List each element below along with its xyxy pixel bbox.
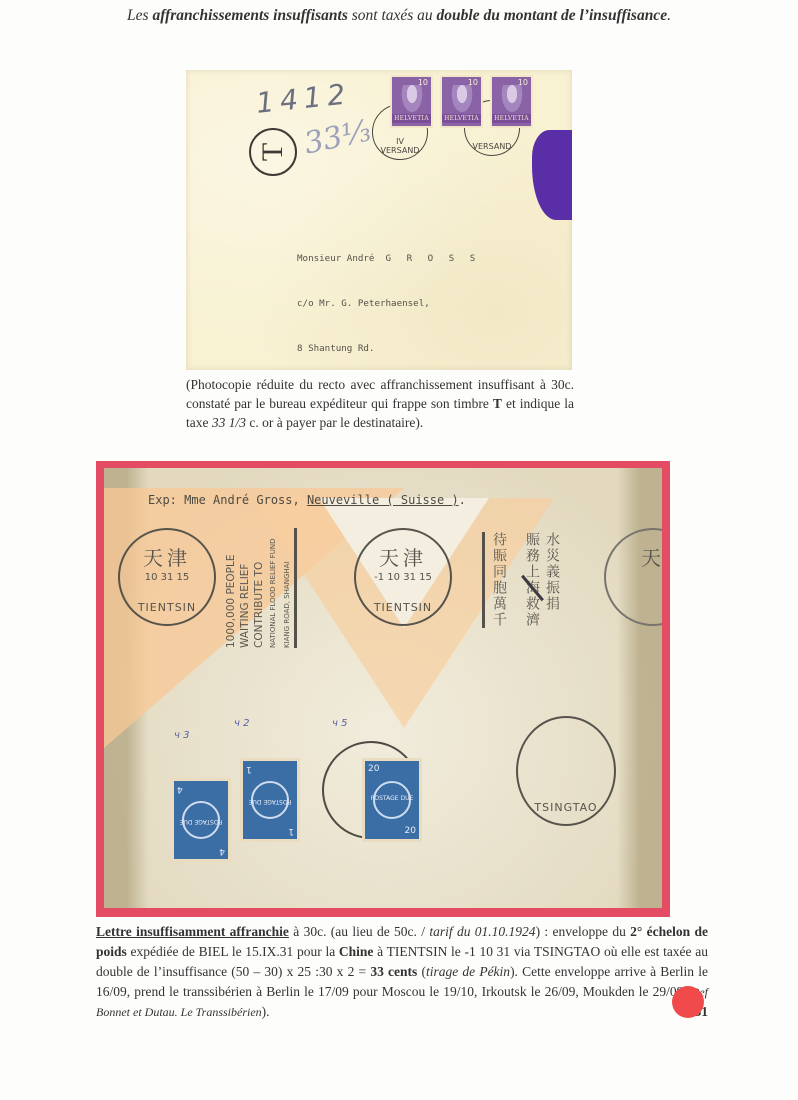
william-tell-portrait-icon: [500, 85, 524, 115]
handwritten-number: 1412: [255, 77, 353, 120]
swiss-stamp: 10 HELVETIA: [390, 75, 433, 128]
caption-bold: T: [493, 396, 502, 411]
caption-text: (: [417, 964, 426, 979]
sender-text: Exp: Mme André Gross,: [148, 493, 307, 507]
caption-italic: tirage de Pékin: [426, 964, 510, 979]
caption-text: ) : enveloppe du: [536, 924, 631, 939]
address-line: c/o Mr. G. Peterhaensel,: [297, 296, 480, 311]
front-caption: (Photocopie réduite du recto avec affran…: [186, 375, 574, 432]
stamp-country: HELVETIA: [492, 114, 531, 123]
postmark-line: IV: [373, 137, 427, 146]
caption-text: c. or à payer par le destinataire).: [246, 415, 423, 430]
slogan-line: WAITING RELIEF: [239, 564, 251, 648]
ink-stain: [532, 130, 572, 220]
title-text: .: [667, 7, 671, 24]
william-tell-portrait-icon: [450, 85, 474, 115]
postmark-tsingtao: TSINGTAO: [516, 716, 616, 826]
stamp-country: HELVETIA: [392, 114, 431, 123]
stamp-label: POSTAGE DUE: [243, 798, 297, 805]
tax-handstamp-t: T: [249, 128, 297, 176]
swiss-stamp: 10 HELVETIA: [490, 75, 533, 128]
postmark-partial: 天: [604, 528, 662, 626]
stamp-value: 4: [219, 846, 225, 856]
caption-bold: Chine: [339, 944, 374, 959]
pencil-note: ч 3: [174, 730, 189, 741]
envelope-back-frame: Exp: Mme André Gross, Neuveville ( Suiss…: [96, 461, 670, 917]
sender-town: Neuveville ( Suisse ): [307, 493, 459, 507]
stamp-value: 1: [288, 826, 294, 836]
envelope-back-photo: Exp: Mme André Gross, Neuveville ( Suiss…: [104, 468, 662, 908]
caption-text: ).: [262, 1004, 270, 1019]
title-emphasis-2: double du montant de l’insuffisance: [437, 7, 668, 24]
typed-address: Monsieur André G R O S S c/o Mr. G. Pete…: [297, 221, 480, 370]
handwritten-tax: 33⅓: [301, 113, 374, 161]
stamp-country: HELVETIA: [442, 114, 481, 123]
sender-line: Exp: Mme André Gross, Neuveville ( Suiss…: [148, 493, 466, 507]
postmark-cjk: 天: [606, 542, 662, 571]
address-line: 8 Shantung Rd.: [297, 341, 480, 356]
postmark-cjk: 天津: [356, 542, 450, 571]
postmark-cjk: 天津: [120, 542, 214, 571]
william-tell-portrait-icon: [400, 85, 424, 115]
swiss-stamp-strip: 10 HELVETIA 10 HELVETIA 10 HELVETIA: [390, 75, 533, 128]
caption-italic: 33 1/3: [212, 415, 246, 430]
postmark-tientsin-2: 天津 -1 10 31 15 TIENTSIN: [354, 528, 452, 626]
caption-lead: Lettre insuffisamment affranchie: [96, 924, 289, 939]
caption-text: expédiée de BIEL le 15.IX.31 pour la: [127, 944, 339, 959]
slogan-line: CONTRIBUTE TO: [253, 562, 265, 648]
caption-italic: tarif du 01.10.1924: [429, 924, 535, 939]
postmark-place: TSINGTAO: [518, 801, 614, 814]
stamp-value: 20: [405, 826, 416, 836]
postmark-tientsin-1: 天津 10 31 15 TIENTSIN: [118, 528, 216, 626]
postmark-place: TIENTSIN: [356, 601, 450, 614]
slogan-cjk-line: 水災義振捐: [544, 532, 560, 612]
postmark-date: -1 10 31 15: [356, 572, 450, 583]
slogan-line: NATIONAL FLOOD RELIEF FUND: [269, 539, 277, 649]
address-line: Monsieur André: [297, 253, 374, 264]
envelope-front-photo: 1412 33⅓ T IV VERSAND VERSAND 10 HELVETI…: [186, 70, 572, 370]
red-dot-marker: [672, 986, 704, 1018]
slogan-cancel: 1000,000 PEOPLE WAITING RELIEF CONTRIBUT…: [220, 528, 297, 648]
sender-text: .: [459, 493, 466, 507]
slogan-line: KIANG ROAD, SHANGHAI: [283, 562, 291, 648]
postage-due-stamp: 20 POSTAGE DUE 20: [362, 758, 422, 842]
swiss-stamp: 10 HELVETIA: [440, 75, 483, 128]
slogan-cjk: 待賑同胞萬千: [482, 532, 509, 628]
postage-due-stamp: 4 POSTAGE DUE 4: [171, 778, 231, 862]
postmark-bottom-text: VERSAND: [465, 142, 519, 151]
pencil-note: ч 5: [332, 718, 347, 729]
title-text: Les: [127, 7, 152, 24]
pencil-note: ч 2: [234, 718, 249, 729]
title-emphasis-1: affranchissements insuffisants: [152, 7, 347, 24]
page-title: Les affranchissements insuffisants sont …: [0, 7, 798, 25]
slogan-cjk: 水災義振捐: [542, 532, 562, 612]
postage-due-stamp: 1 POSTAGE DUE 1: [240, 758, 300, 842]
postmark-bottom-text: VERSAND: [373, 146, 427, 155]
stamp-label: POSTAGE DUE: [174, 818, 228, 825]
postmark-place: TIENTSIN: [120, 601, 214, 614]
slogan-line: 1000,000 PEOPLE: [225, 555, 237, 649]
stamp-label: POSTAGE DUE: [365, 795, 419, 802]
stamp-value: 1: [246, 764, 252, 774]
address-name: G R O S S: [386, 253, 481, 264]
postmark-date: 10 31 15: [120, 572, 214, 583]
slogan-cjk-line: 待賑同胞萬千: [491, 532, 507, 628]
caption-bold: 33 cents: [370, 964, 417, 979]
caption-text: à 30c. (au lieu de 50c. /: [289, 924, 429, 939]
stamp-value: 4: [177, 784, 183, 794]
title-text: sont taxés au: [348, 7, 437, 24]
stamp-value: 20: [368, 764, 379, 774]
back-caption: Lettre insuffisamment affranchie à 30c. …: [96, 922, 708, 1022]
